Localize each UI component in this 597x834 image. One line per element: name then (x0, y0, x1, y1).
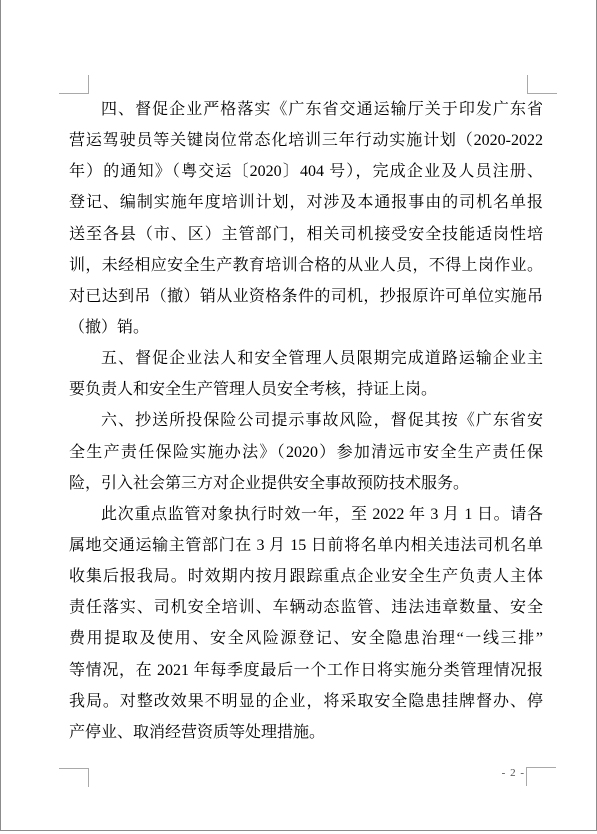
document-body: 四、督促企业严格落实《广东省交通运输厅关于印发广东省 营运驾驶员等关键岗位常态化… (69, 94, 543, 748)
crop-mark-bottom-right (526, 767, 556, 786)
text-line: 等情况，在 2021 年每季度最后一个工作日将实施分类管理情况报 (69, 655, 543, 686)
text-line: 六、抄送所投保险公司提示事故风险，督促其按《广东省安 (69, 405, 543, 436)
text-line: 险，引入社会第三方对企业提供安全事故预防技术服务。 (69, 468, 543, 499)
text-line: 我局。对整改效果不明显的企业，将采取安全隐患挂牌督办、停 (69, 686, 543, 717)
text-line: 收集后报我局。时效期内按月跟踪重点企业安全生产负责人主体 (69, 561, 543, 592)
crop-mark-bottom-left (59, 768, 89, 787)
text-line: 五、督促企业法人和安全管理人员限期完成道路运输企业主 (69, 343, 543, 374)
text-line: 全生产责任保险实施办法》（2020）参加清远市安全生产责任保 (69, 437, 543, 468)
crop-mark-top-right (527, 75, 557, 94)
text-line: 此次重点监管对象执行时效一年，至 2022 年 3 月 1 日。请各 (69, 499, 543, 530)
text-line: 产停业、取消经营资质等处理措施。 (69, 717, 543, 748)
text-line: 年）的通知》（粤交运〔2020〕404 号），完成企业及人员注册、 (69, 156, 543, 187)
crop-mark-top-left (59, 75, 89, 94)
text-line: 属地交通运输主管部门在 3 月 15 日前将名单内相关违法司机名单 (69, 530, 543, 561)
text-line: 对已达到吊（撤）销从业资格条件的司机，抄报原许可单位实施吊 (69, 281, 543, 312)
text-line: 四、督促企业严格落实《广东省交通运输厅关于印发广东省 (69, 94, 543, 125)
text-line: （撤）销。 (69, 312, 543, 343)
text-line: 训，未经相应安全生产教育培训合格的从业人员，不得上岗作业。 (69, 250, 543, 281)
text-line: 送至各县（市、区）主管部门，相关司机接受安全技能适岗性培 (69, 219, 543, 250)
text-line: 要负责人和安全生产管理人员安全考核，持证上岗。 (69, 374, 543, 405)
text-line: 登记、编制实施年度培训计划，对涉及本通报事由的司机名单报 (69, 187, 543, 218)
text-line: 费用提取及使用、安全风险源登记、安全隐患治理“一线三排” (69, 623, 543, 654)
document-page: 四、督促企业严格落实《广东省交通运输厅关于印发广东省 营运驾驶员等关键岗位常态化… (0, 0, 597, 831)
text-line: 责任落实、司机安全培训、车辆动态监管、违法违章数量、安全 (69, 592, 543, 623)
page-number: - 2 - (493, 766, 525, 780)
text-line: 营运驾驶员等关键岗位常态化培训三年行动实施计划（2020-2022 (69, 125, 543, 156)
